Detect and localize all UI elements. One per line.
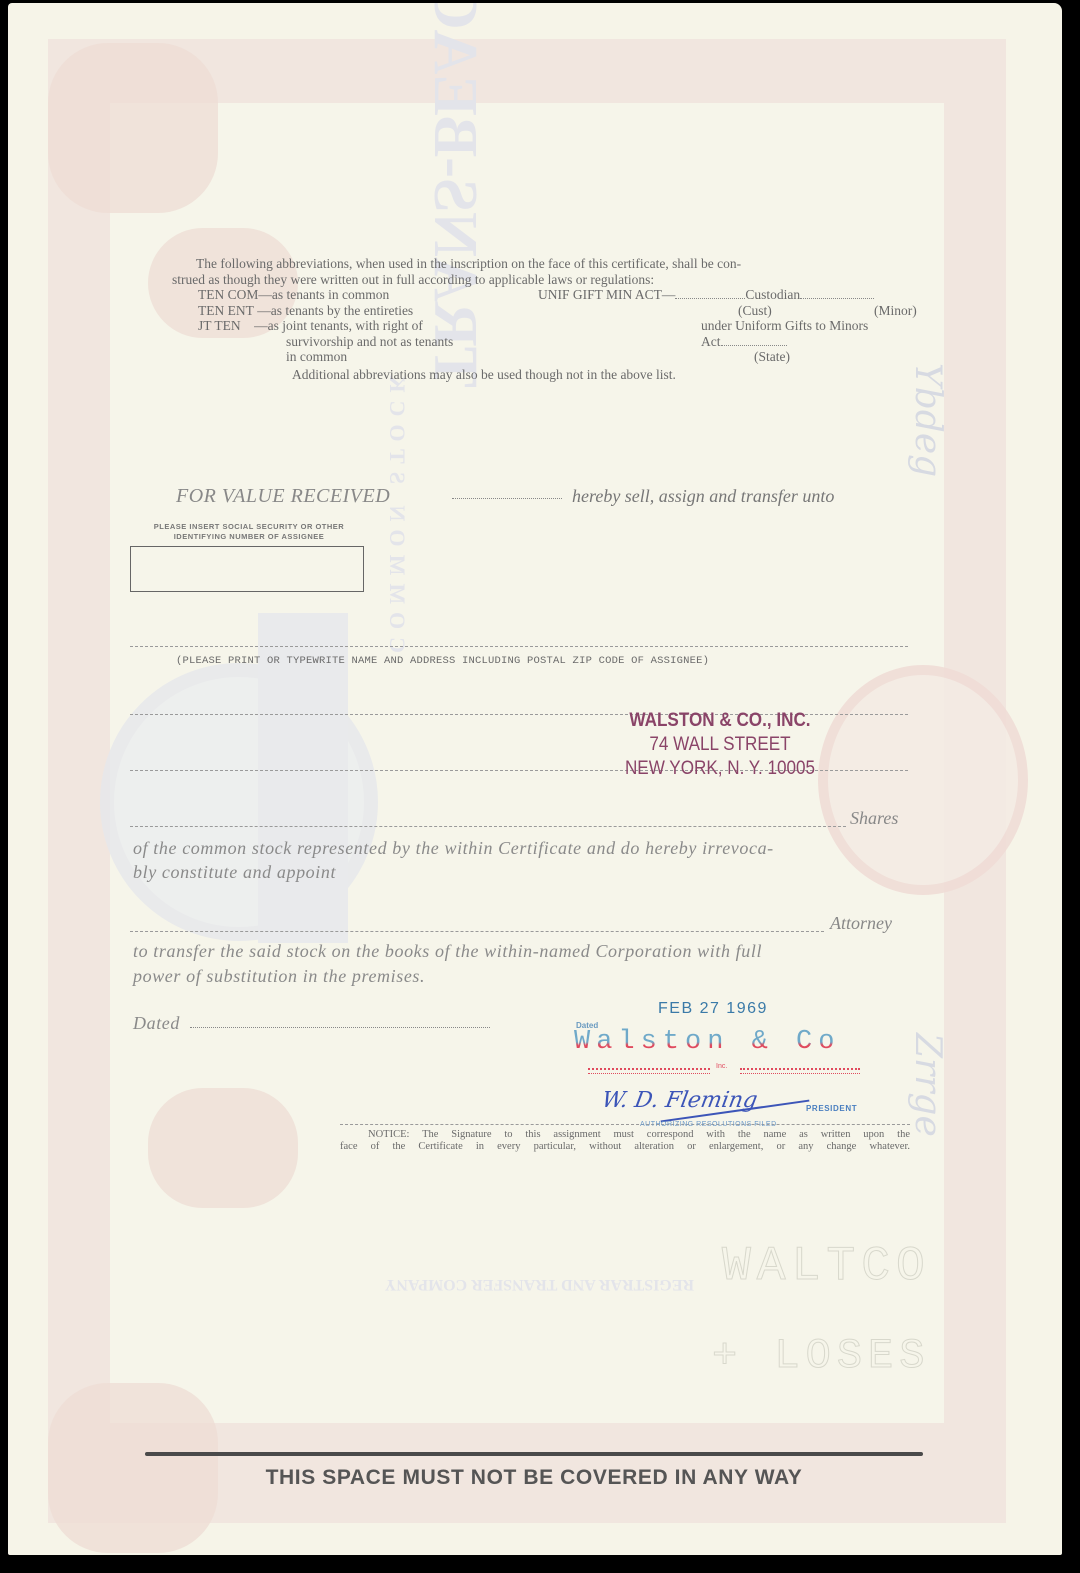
do-not-cover-warning: THIS SPACE MUST NOT BE COVERED IN ANY WA… [145,1466,923,1490]
ssn-input-box[interactable] [130,546,364,592]
abbreviations-section: The following abbreviations, when used i… [186,256,926,382]
stamp-line-2: 74 WALL STREET [594,734,846,756]
abbr-meaning: in common [286,349,347,365]
dated-label: Dated [133,1013,180,1034]
shares-line[interactable] [130,826,846,827]
signature-notice: NOTICE: The Signature to this assignment… [340,1129,910,1153]
ssn-label: PLEASE INSERT SOCIAL SECURITY OR OTHER I… [124,522,374,542]
minor-caption: (Minor) [874,303,917,319]
bottom-rule [145,1452,923,1456]
resolutions-filed-stamp: AUTHORIZING RESOLUTIONS FILED [640,1121,777,1128]
abbr-meaning: —as tenants by the entireties [257,303,413,318]
firm-inc: Inc. [716,1063,727,1070]
stock-text-line-2: bly constitute and appoint [133,862,336,883]
assignee-address-stamp: WALSTON & CO., INC. 74 WALL STREET NEW Y… [580,710,860,780]
print-name-address-label: (PLEASE PRINT OR TYPEWRITE NAME AND ADDR… [176,655,709,667]
uniform-gifts-line: under Uniform Gifts to Minors [701,318,868,334]
stamp-line-1: WALSTON & CO., INC. [594,710,846,732]
ssn-label-line2: IDENTIFYING NUMBER OF ASSIGNEE [124,532,374,542]
attorney-line[interactable] [130,931,824,932]
signature-line[interactable] [340,1124,910,1125]
notice-line-1: NOTICE: The Signature to this assignment… [340,1129,910,1141]
stock-class-show-through: COMMON STOCK [384,367,410,653]
transfer-text-line-2: power of substitution in the premises. [133,966,425,987]
perforation-line-1: WALTCO [722,1240,931,1294]
certificate-back: TRANS-BEACON CORPORATION COMMON STOCK RE… [8,3,1062,1555]
corner-ornament-top-left [48,43,218,213]
fvr-dotted-line [452,498,562,499]
date-stamp: FEB 27 1969 [658,1000,768,1018]
assignee-name-line[interactable] [130,646,908,647]
additional-abbreviations-note: Additional abbreviations may also be use… [292,367,926,383]
abbr-meaning: —as joint tenants, with right of [254,318,423,333]
firm-stamp-rule-right [740,1068,860,1074]
transfer-text-line-1: to transfer the said stock on the books … [133,941,762,962]
shares-label: Shares [850,808,898,829]
registrar-show-through: REGISTRAR AND TRANSFER COMPANY [385,1275,694,1293]
ornament-left-lower [148,1088,298,1208]
president-title: PRESIDENT [806,1104,857,1113]
ssn-label-line1: PLEASE INSERT SOCIAL SECURITY OR OTHER [124,522,374,532]
act-label: Act [701,334,721,349]
stamp-line-3: NEW YORK, N. Y. 10005 [594,758,846,780]
cust-caption: (Cust) [738,303,772,319]
abbr-meaning: —as tenants in common [258,287,389,302]
dated-line[interactable] [190,1027,490,1028]
ghost-signature-lower: Zrrge [907,1033,948,1137]
notice-line-2: face of the Certificate in every particu… [340,1141,910,1153]
state-caption: (State) [754,349,790,365]
firm-stamp-rule-left [588,1068,710,1074]
perforation-line-2: + LOSES [712,1332,930,1380]
for-value-received: FOR VALUE RECEIVED [176,485,390,508]
abbreviations-intro-2: strued as though they were written out i… [172,272,926,288]
abbreviations-intro-1: The following abbreviations, when used i… [186,256,926,272]
attorney-label: Attorney [830,913,892,934]
abbr-code: TEN ENT [198,303,254,318]
firm-stamp: Walston & Co [574,1027,840,1057]
abbr-code: TEN COM [198,287,258,302]
unif-gift-label: UNIF GIFT MIN ACT— [538,287,675,302]
custodian-label: Custodian [745,287,800,302]
stock-text-line-1: of the common stock represented by the w… [133,838,774,859]
sell-assign-text: hereby sell, assign and transfer unto [572,486,834,507]
abbr-meaning: survivorship and not as tenants [286,334,453,350]
embossed-seal [818,665,1028,895]
abbr-code: JT TEN [198,318,241,333]
